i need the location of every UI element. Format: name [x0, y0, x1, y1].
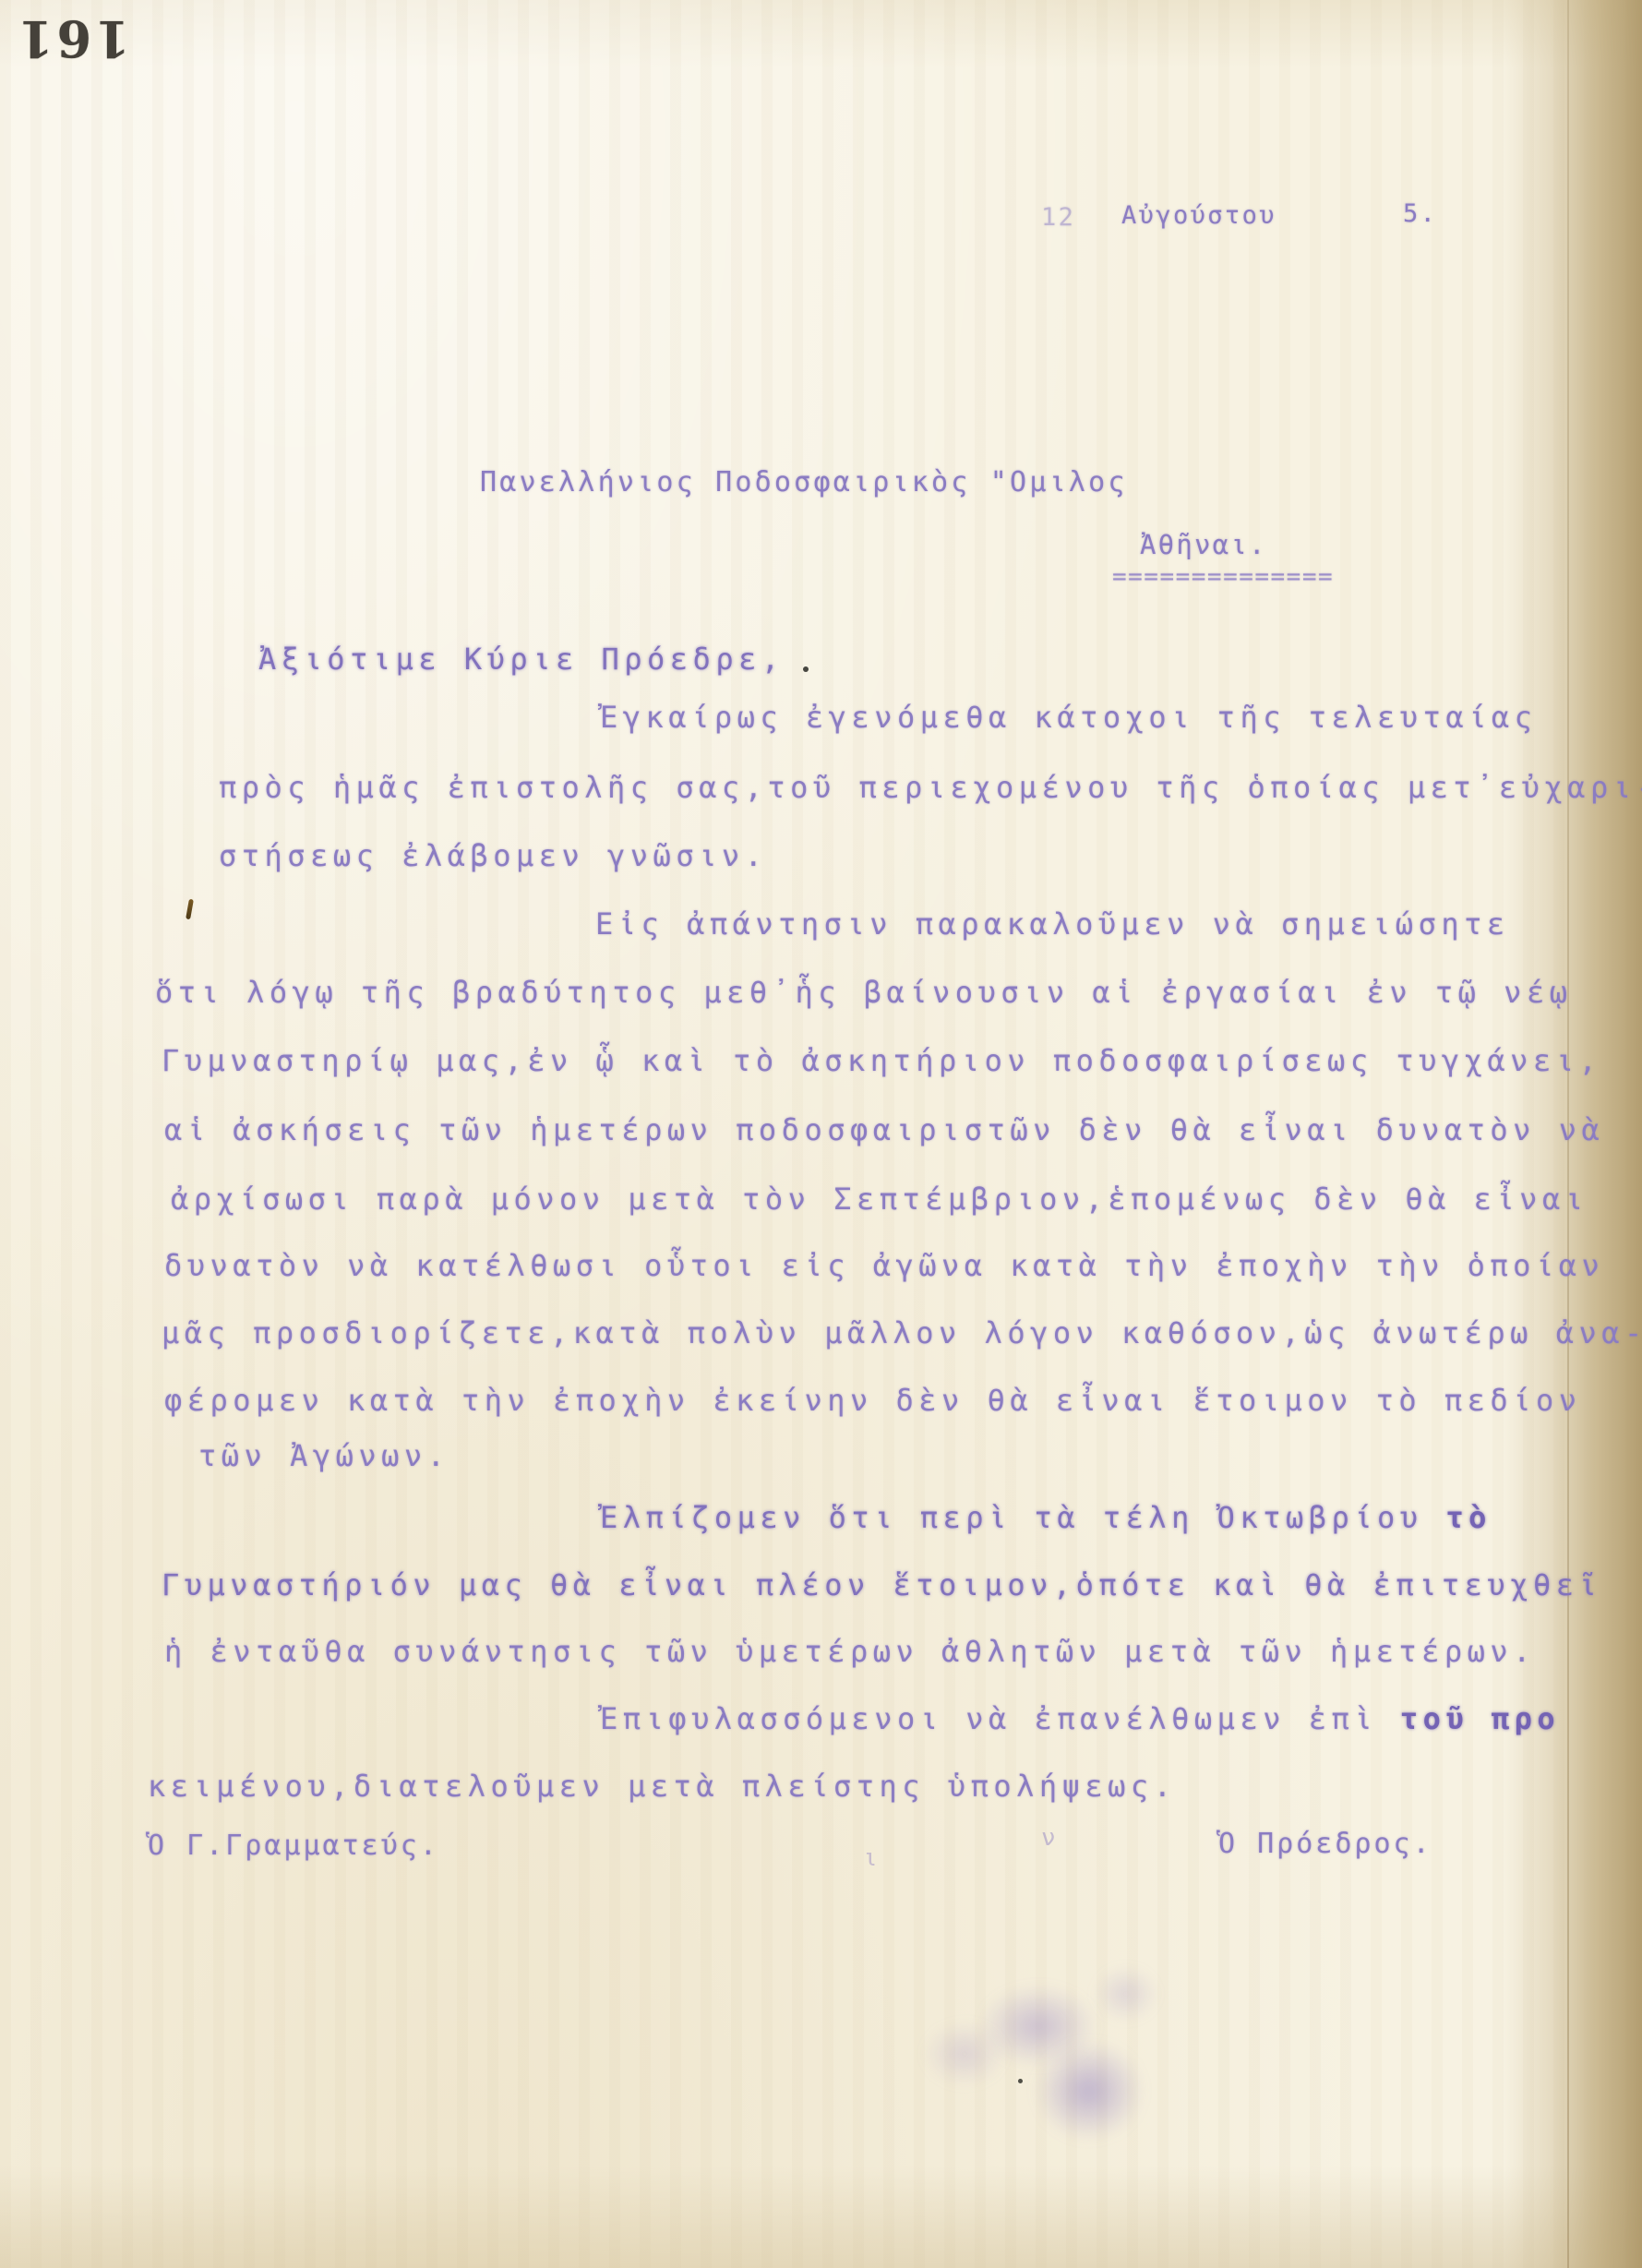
city-name: Ἀθῆναι. — [1140, 529, 1267, 560]
salutation: Ἀξιότιμε Κύριε Πρόεδρε, — [258, 642, 785, 677]
date-year: 5. — [1403, 199, 1437, 228]
body-line: δυνατὸν νὰ κατέλθωσι οὗτοι εἰς ἀγῶνα κατ… — [164, 1248, 1604, 1283]
president-signature-label: Ὁ Πρόεδρος. — [1218, 1828, 1432, 1860]
ink-smudge — [1034, 2040, 1145, 2142]
stray-ink-mark: ν — [1041, 1824, 1056, 1852]
body-line: Γυμναστήριόν μας θὰ εἶναι πλέον ἕτοιμον,… — [162, 1567, 1601, 1602]
archive-page-number: 161 — [15, 9, 130, 68]
body-line: πρὸς ἡμᾶς ἐπιστολῆς σας,τοῦ περιεχομένου… — [219, 770, 1642, 805]
date-day: 12 — [1041, 203, 1075, 232]
stray-ink-mark: ι — [863, 1844, 878, 1872]
body-line-text: Ἐπιφυλασσόμενοι νὰ ἐπανέλθωμεν ἐπὶ — [600, 1701, 1400, 1736]
body-line: κειμένου,διατελοῦμεν μετὰ πλείστης ὑπολή… — [148, 1769, 1176, 1804]
scanned-letter-page: 161 12 Αὐγούστου 5. Πανελλήνιος Ποδοσφαι… — [0, 0, 1642, 2268]
ink-speck — [1018, 2079, 1023, 2083]
body-line: τῶν Ἀγώνων. — [198, 1438, 449, 1473]
body-line: αἱ ἀσκήσεις τῶν ἡμετέρων ποδοσφαιριστῶν … — [164, 1112, 1604, 1147]
body-line-text: Ἐλπίζομεν ὅτι περὶ τὰ τέλη Ὀκτωβρίου — [600, 1500, 1445, 1535]
ink-smudge — [1094, 1966, 1158, 2022]
body-line: Ἐγκαίρως ἐγενόμεθα κάτοχοι τῆς τελευταία… — [600, 700, 1537, 735]
body-line: ἀρχίσωσι παρὰ μόνον μετὰ τὸν Σεπτέμβριον… — [171, 1182, 1588, 1217]
body-line-bold-text: τοῦ προ — [1400, 1701, 1560, 1736]
body-line-bold-text: τὸ — [1445, 1500, 1492, 1535]
body-line: στήσεως ἐλάβομεν γνῶσιν. — [219, 838, 767, 873]
body-line: Ἐλπίζομεν ὅτι περὶ τὰ τέλη Ὀκτωβρίου τὸ — [600, 1500, 1492, 1535]
organization-name: Πανελλήνιος Ποδοσφαιρικὸς "Ομιλος — [480, 466, 1128, 498]
body-line: Ἐπιφυλασσόμενοι νὰ ἐπανέλθωμεν ἐπὶ τοῦ π… — [600, 1701, 1560, 1736]
ink-smudge — [978, 1985, 1098, 2068]
body-line: ἡ ἐνταῦθα συνάντησις τῶν ὑμετέρων ἀθλητῶ… — [164, 1634, 1536, 1669]
body-line: φέρομεν κατὰ τὴν ἐποχὴν ἐκείνην δὲν θὰ ε… — [164, 1383, 1581, 1418]
body-line: ὅτι λόγῳ τῆς βραδύτητος μεθ᾽ἧς βαίνουσιν… — [155, 975, 1572, 1010]
body-line: Γυμναστηρίῳ μας,ἐν ᾧ καὶ τὸ ἀσκητήριον π… — [162, 1043, 1601, 1078]
body-line: μᾶς προσδιορίζετε,κατὰ πολὺν μᾶλλον λόγο… — [162, 1315, 1642, 1350]
body-line: Εἰς ἀπάντησιν παρακαλοῦμεν νὰ σημειώσητε — [595, 906, 1510, 942]
date-month: Αὐγούστου — [1121, 201, 1276, 230]
ink-speck — [803, 666, 809, 672]
ink-smudge — [923, 2022, 1006, 2086]
stray-pen-stroke — [186, 899, 194, 920]
secretary-signature-label: Ὁ Γ.Γραμματεύς. — [148, 1830, 439, 1862]
city-underline: ============== — [1112, 563, 1334, 591]
